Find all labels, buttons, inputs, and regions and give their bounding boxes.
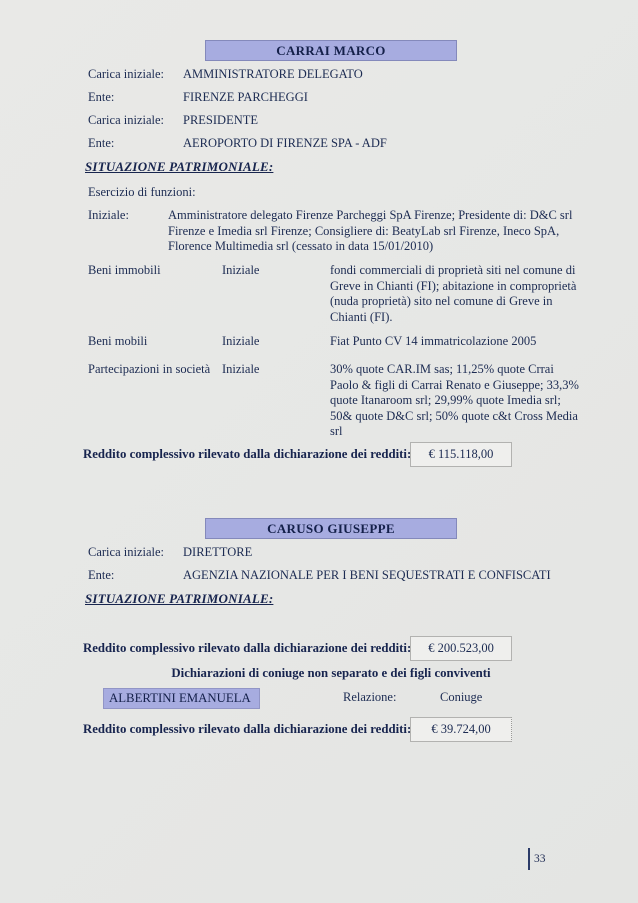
- esercizio-description: Amministratore delegato Firenze Parchegg…: [168, 208, 574, 255]
- field-label: Carica iniziale:: [88, 113, 164, 128]
- field-row: Ente: AGENZIA NAZIONALE PER I BENI SEQUE…: [0, 568, 638, 584]
- field-value: PRESIDENTE: [183, 113, 258, 128]
- reddito-label: Reddito complessivo rilevato dalla dichi…: [83, 722, 411, 737]
- spouse-name-highlight: ALBERTINI EMANUELA: [103, 688, 260, 709]
- asset-description: fondi commerciali di proprietà siti nel …: [330, 263, 582, 325]
- reddito-amount-box: € 115.118,00: [410, 442, 512, 467]
- field-row: Ente: FIRENZE PARCHEGGI: [0, 90, 638, 106]
- asset-phase: Iniziale: [222, 362, 259, 377]
- field-value: AEROPORTO DI FIRENZE SPA - ADF: [183, 136, 387, 151]
- esercizio-phase-label: Iniziale:: [88, 208, 129, 223]
- field-label: Ente:: [88, 568, 114, 583]
- asset-phase: Iniziale: [222, 263, 259, 278]
- asset-category: Partecipazioni in società: [88, 362, 210, 377]
- situazione-patrimoniale-heading: SITUAZIONE PATRIMONIALE:: [85, 591, 273, 607]
- field-label: Ente:: [88, 90, 114, 105]
- esercizio-di-funzioni-heading: Esercizio di funzioni:: [88, 185, 196, 200]
- reddito-label: Reddito complessivo rilevato dalla dichi…: [83, 641, 411, 656]
- document-page: CARRAI MARCO Carica iniziale: AMMINISTRA…: [0, 0, 638, 903]
- field-row: Carica iniziale: DIRETTORE: [0, 545, 638, 561]
- person-name-header-carrai: CARRAI MARCO: [205, 40, 457, 61]
- field-row: Carica iniziale: AMMINISTRATORE DELEGATO: [0, 67, 638, 83]
- reddito-label: Reddito complessivo rilevato dalla dichi…: [83, 447, 411, 462]
- page-number-value: 33: [534, 853, 546, 865]
- spouse-row: ALBERTINI EMANUELA Relazione: Coniuge: [0, 688, 638, 708]
- field-value: AMMINISTRATORE DELEGATO: [183, 67, 363, 82]
- asset-category: Beni mobili: [88, 334, 147, 349]
- asset-category: Beni immobili: [88, 263, 161, 278]
- field-label: Carica iniziale:: [88, 545, 164, 560]
- field-label: Carica iniziale:: [88, 67, 164, 82]
- page-number: 33: [528, 848, 546, 870]
- field-row: Carica iniziale: PRESIDENTE: [0, 113, 638, 129]
- reddito-amount-box: € 39.724,00: [410, 717, 512, 742]
- asset-phase: Iniziale: [222, 334, 259, 349]
- situazione-patrimoniale-heading: SITUAZIONE PATRIMONIALE:: [85, 159, 273, 175]
- field-value: AGENZIA NAZIONALE PER I BENI SEQUESTRATI…: [183, 568, 551, 583]
- relazione-value: Coniuge: [440, 690, 482, 705]
- family-declarations-heading: Dichiarazioni di coniuge non separato e …: [85, 666, 577, 681]
- field-value: DIRETTORE: [183, 545, 252, 560]
- field-row: Ente: AEROPORTO DI FIRENZE SPA - ADF: [0, 136, 638, 152]
- relazione-label: Relazione:: [343, 690, 396, 705]
- asset-description: Fiat Punto CV 14 immatricolazione 2005: [330, 334, 582, 350]
- person-name-header-caruso: CARUSO GIUSEPPE: [205, 518, 457, 539]
- reddito-amount-box: € 200.523,00: [410, 636, 512, 661]
- field-label: Ente:: [88, 136, 114, 151]
- asset-description: 30% quote CAR.IM sas; 11,25% quote Crrai…: [330, 362, 582, 440]
- field-value: FIRENZE PARCHEGGI: [183, 90, 308, 105]
